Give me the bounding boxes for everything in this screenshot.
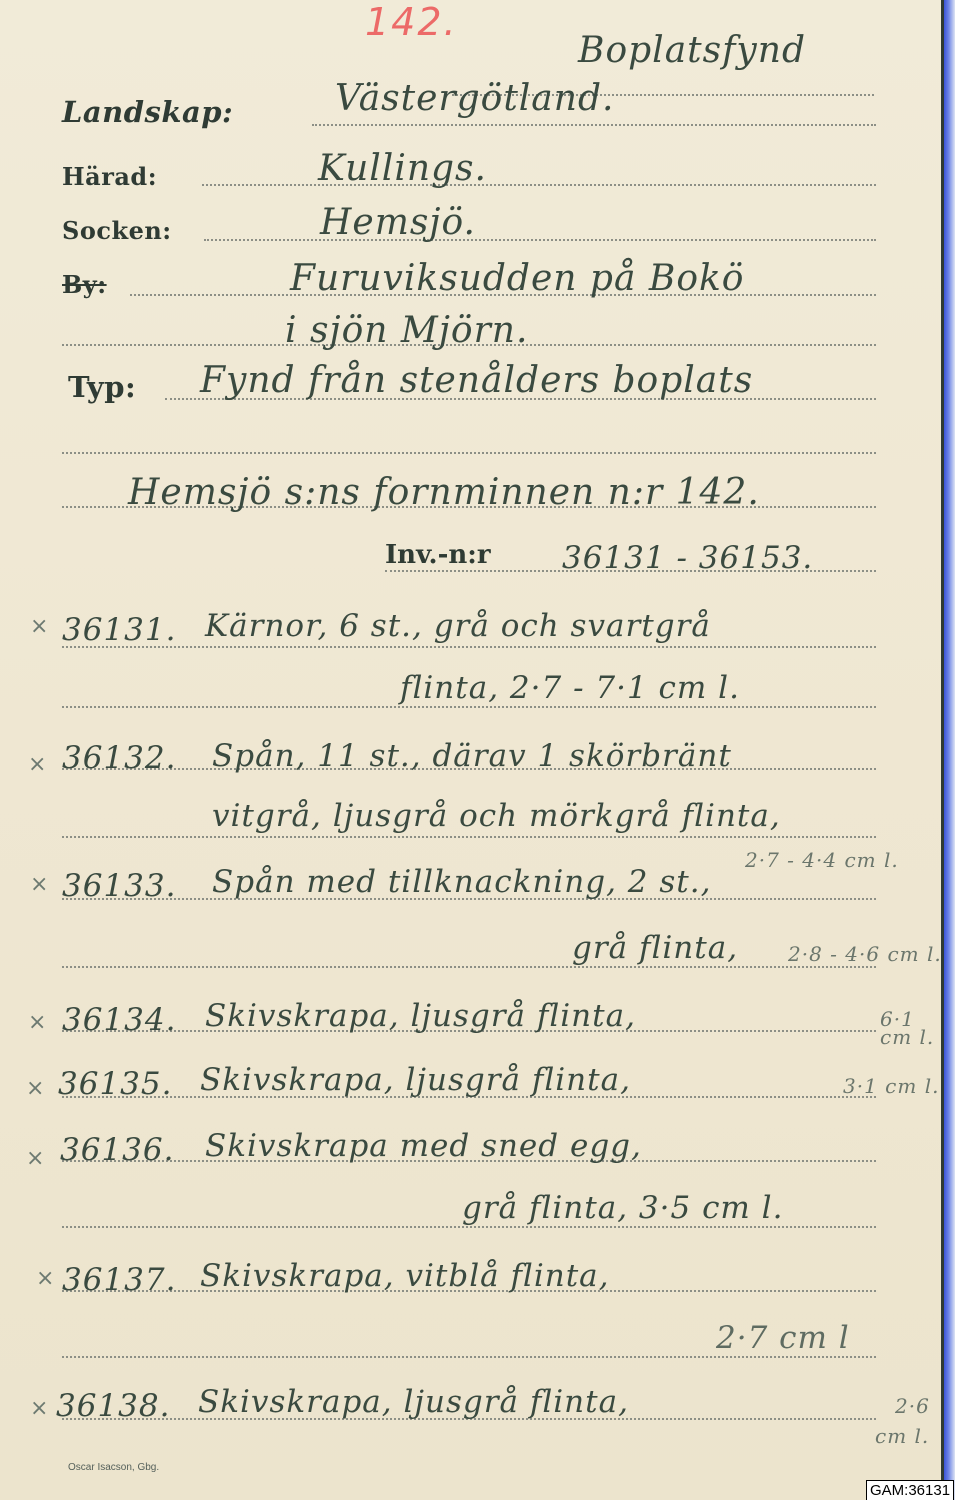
printer-imprint: Oscar Isacson, Gbg. <box>68 1462 159 1473</box>
item-description-line1: Spån, 11 st., därav 1 skörbränt <box>212 738 732 774</box>
landskap-label: Landskap: <box>62 95 233 129</box>
checked-mark-icon: × <box>30 1396 48 1421</box>
reference-text: Hemsjö s:ns fornminnen n:r 142. <box>128 472 760 513</box>
checked-mark-icon: × <box>30 614 48 639</box>
item-dotted-line <box>62 836 876 838</box>
landskap-dotted-line <box>312 124 876 126</box>
item-size-note: 3·1 cm l. <box>843 1074 939 1098</box>
item-number: 36132. <box>62 740 176 776</box>
item-size-note-b: cm l. <box>875 1424 929 1448</box>
socken-dotted-line <box>204 239 876 241</box>
item-number: 36138. <box>56 1388 170 1424</box>
inventory-range: 36131 - 36153. <box>562 540 813 576</box>
item-description-line2: grå flinta, 3·5 cm l. <box>462 1190 783 1226</box>
item-size-note: 2·7 - 4·4 cm l. <box>745 848 899 872</box>
item-description-line1: Spån med tillknackning, 2 st., <box>212 864 711 900</box>
item-description-line2: 2·7 cm l <box>716 1320 850 1356</box>
item-description-line2: vitgrå, ljusgrå och mörkgrå flinta, <box>212 798 781 834</box>
item-size-note-a: 2·6 <box>895 1394 930 1418</box>
typ-dotted-line-2 <box>62 452 876 454</box>
item-description-line1: Kärnor, 6 st., grå och svartgrå <box>205 608 711 644</box>
checked-mark-icon: × <box>36 1266 54 1291</box>
red-card-number: 142. <box>365 0 458 44</box>
harad-value: Kullings. <box>318 148 487 189</box>
item-description-line2: flinta, 2·7 - 7·1 cm l. <box>400 670 740 706</box>
item-dotted-line <box>62 966 876 968</box>
checked-mark-icon: × <box>26 1146 44 1171</box>
item-dotted-line <box>62 1356 876 1358</box>
item-number: 36137. <box>62 1262 176 1298</box>
item-description-line1: Skivskrapa, ljusgrå flinta, <box>200 1062 631 1098</box>
item-dotted-line <box>62 706 876 708</box>
checked-mark-icon: × <box>28 1010 46 1035</box>
category-text: Boplatsfynd <box>578 30 806 71</box>
catalog-id-label: GAM:36131 <box>866 1480 954 1500</box>
item-description-line1: Skivskrapa, ljusgrå flinta, <box>198 1384 629 1420</box>
socken-value: Hemsjö. <box>320 202 476 243</box>
checked-mark-icon: × <box>28 752 46 777</box>
item-dotted-line <box>62 646 876 648</box>
harad-dotted-line <box>202 184 876 186</box>
item-number: 36135. <box>58 1066 172 1102</box>
item-size-note: 2·8 - 4·6 cm l. <box>788 942 942 966</box>
item-number: 36131. <box>62 612 176 648</box>
landskap-value: Västergötland. <box>335 78 614 119</box>
item-number: 36133. <box>62 868 176 904</box>
card-edge-blue <box>944 0 955 1500</box>
typ-label: Typ: <box>68 370 136 404</box>
harad-label: Härad: <box>62 162 157 191</box>
socken-label: Socken: <box>62 216 172 245</box>
item-size-note: 6·1 cm l. <box>880 1010 935 1046</box>
item-description-line2: grå flinta, <box>572 930 738 966</box>
item-description-line1: Skivskrapa, ljusgrå flinta, <box>205 998 636 1034</box>
checked-mark-icon: × <box>30 872 48 897</box>
by-value-line2: i sjön Mjörn. <box>285 310 528 351</box>
item-number: 36134. <box>62 1002 176 1038</box>
typ-value: Fynd från stenålders boplats <box>200 360 753 401</box>
item-description-line1: Skivskrapa med sned egg, <box>205 1128 642 1164</box>
inventory-label: Inv.-n:r <box>385 540 491 570</box>
item-dotted-line <box>62 1226 876 1228</box>
item-number: 36136. <box>60 1132 174 1168</box>
item-description-line1: Skivskrapa, vitblå flinta, <box>200 1258 610 1294</box>
checked-mark-icon: × <box>26 1076 44 1101</box>
by-value-line1: Furuviksudden på Bokö <box>290 258 744 299</box>
by-label: By: <box>62 270 107 299</box>
